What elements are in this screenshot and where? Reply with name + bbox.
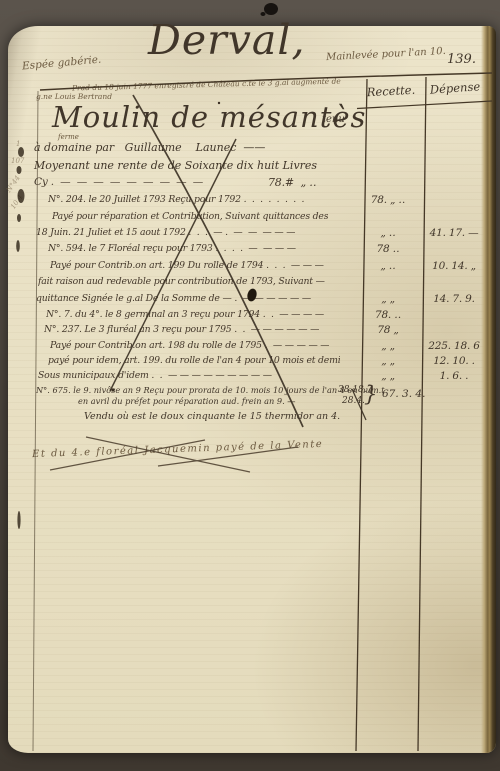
prorata-brace: }: [364, 382, 377, 406]
row-recette-amount: „ „: [356, 355, 420, 367]
cy-amount: 78.# „ ‥: [268, 176, 316, 189]
row-description: Payé pour Contrib.on art. 199 Du rolle d…: [50, 260, 324, 271]
prorata-line1: N°. 675. le 9. nivôse an 9 Reçu pour pro…: [36, 385, 385, 395]
row-depense-amount: 225. 18. 6: [424, 340, 484, 352]
closing-line: Vendu où est le doux cinquante le 15 the…: [84, 411, 340, 422]
row-description: N°. 7. du 4°. le 8 germinal an 3 reçu po…: [46, 309, 324, 320]
heading-line2: à domaine par Guillaume Launec ——: [34, 141, 265, 154]
ledger-row: N°. 594. le 7 Floréal reçu pour 1793 . .…: [0, 243, 500, 259]
row-description: N°. 594. le 7 Floréal reçu pour 1793 . .…: [48, 243, 296, 254]
row-depense-amount: 41. 17. —: [424, 227, 484, 239]
row-depense-amount: 1. 6. .: [424, 370, 484, 382]
ledger-row: 18 Juin. 21 Juliet et 15 aout 1792 . . .…: [0, 227, 500, 243]
row-description: Payé pour Contrib.on art. 198 du rolle d…: [50, 340, 329, 351]
account-heading-suffix: tenu: [322, 114, 345, 125]
margin-scribble: 107: [11, 157, 24, 165]
folio-number: 139.: [447, 52, 476, 67]
row-recette-amount: „ „: [356, 293, 420, 305]
prorata-amount2: 28.4.: [342, 396, 365, 406]
row-description: N°. 237. Le 3 fluréal an 3 reçu pour 179…: [44, 324, 319, 335]
page-title: Derval,: [148, 16, 306, 64]
row-recette-amount: „ ‥: [356, 260, 420, 272]
ledger-row: quittance Signée le g.al De la Somme de …: [0, 293, 500, 309]
row-description: Payé pour réparation et Contribution, Su…: [52, 211, 328, 222]
row-depense-amount: 10. 14. „: [424, 260, 484, 272]
row-description: payé pour idem, art. 199. du rolle de l'…: [48, 355, 340, 366]
manuscript-scan: Espée gabérie. Derval, Mainlevée pour l'…: [0, 0, 500, 771]
row-description: 18 Juin. 21 Juliet et 15 aout 1792 . . .…: [36, 227, 295, 238]
heading-superscript-ferme: ferme: [58, 133, 79, 141]
ledger-row: Payé pour Contrib.on art. 199 Du rolle d…: [0, 260, 500, 276]
row-recette-amount: 78. „ ‥: [356, 194, 420, 206]
cy-label: Cy . — — — — — — — — —: [34, 176, 203, 188]
page-stack-edge: [481, 26, 496, 753]
row-recette-amount: „ „: [356, 370, 420, 382]
ledger-row: Sous municipaux d'idem . . — — — — — — —…: [0, 370, 500, 386]
margin-scribble: 1: [16, 140, 20, 148]
row-recette-amount: „ „: [356, 340, 420, 352]
ledger-row: Payé pour Contrib.on art. 198 du rolle d…: [0, 340, 500, 356]
ledger-row: Payé pour réparation et Contribution, Su…: [0, 211, 500, 227]
ledger-row: N°. 237. Le 3 fluréal an 3 reçu pour 179…: [0, 324, 500, 340]
row-recette-amount: 78. ‥: [356, 309, 420, 321]
row-description: Sous municipaux d'idem . . — — — — — — —…: [38, 370, 272, 381]
row-description: fait raison aud redevable pour contribut…: [38, 276, 325, 287]
prorata-line2: en avril du préfet pour réparation aud. …: [78, 396, 295, 406]
cy-row: Cy . — — — — — — — — — 78.# „ ‥: [0, 176, 500, 192]
ledger-row: N°. 204. le 20 Juillet 1793 Reçu pour 17…: [0, 194, 500, 210]
row-depense-amount: 14. 7. 9.: [424, 293, 484, 305]
row-recette-amount: 78 ‥: [356, 243, 420, 255]
row-description: quittance Signée le g.al De la Somme de …: [36, 293, 311, 304]
prorata-total: 67. 3. 4.: [382, 388, 425, 400]
ledger-row: N°. 7. du 4°. le 8 germinal an 3 reçu po…: [0, 309, 500, 325]
ledger-row: payé pour idem, art. 199. du rolle de l'…: [0, 355, 500, 371]
ledger-row: fait raison aud redevable pour contribut…: [0, 276, 500, 292]
row-recette-amount: 78 „: [356, 324, 420, 336]
row-recette-amount: „ ‥: [356, 227, 420, 239]
account-heading: Moulin de mésantès: [52, 100, 366, 134]
row-depense-amount: 12. 10. .: [424, 355, 484, 367]
row-description: N°. 204. le 20 Juillet 1793 Reçu pour 17…: [48, 194, 304, 205]
heading-line3: Moyenant une rente de de Soixante dix hu…: [34, 159, 317, 172]
